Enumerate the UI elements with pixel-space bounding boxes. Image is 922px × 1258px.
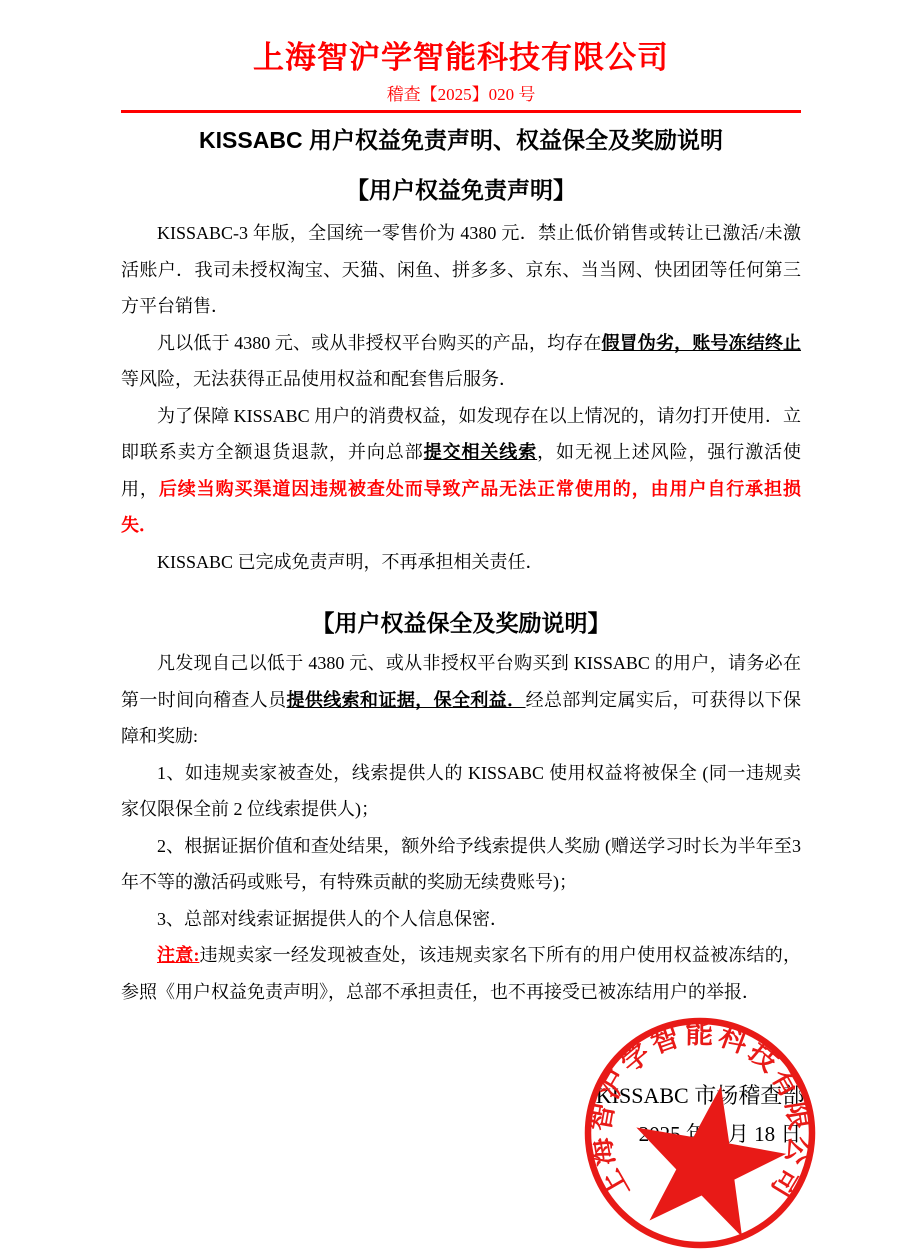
- disclaimer-paragraph-3-warning: 后续当购买渠道因违规被查处而导致产品无法正常使用的，由用户自行承担损失．: [121, 479, 801, 536]
- company-name: 上海智沪学智能科技有限公司: [121, 38, 801, 78]
- disclaimer-paragraph-2-post: 等风险，无法获得正品使用权益和配套售后服务．: [121, 369, 517, 389]
- note-label: 注意:: [157, 945, 199, 965]
- reward-paragraph-1-emphasis: 提供线索和证据，保全利益．: [287, 690, 526, 710]
- reward-list-item-1: 1、如违规卖家被查处，线索提供人的 KISSABC 使用权益将被保全 (同一违规…: [121, 755, 801, 828]
- red-divider-line: [121, 110, 801, 113]
- reward-section-heading: 【用户权益保全及奖励说明】: [121, 606, 801, 640]
- document-page: 上海智沪学智能科技有限公司 稽查【2025】020 号 KISSABC 用户权益…: [0, 0, 922, 1010]
- disclaimer-paragraph-3-emphasis: 提交相关线索: [424, 442, 538, 462]
- reward-list-item-1-text: 1、如违规卖家被查处，线索提供人的 KISSABC 使用权益将被保全 (同一违规…: [121, 763, 801, 820]
- reward-list-item-3-text: 3、总部对线索证据提供人的个人信息保密．: [157, 909, 508, 929]
- disclaimer-paragraph-2-pre: 凡以低于 4380 元、或从非授权平台购买的产品，均存在: [157, 333, 602, 353]
- note-text: 违规卖家一经发现被查处，该违规卖家名下所有的用户使用权益被冻结的，参照《用户权益…: [121, 945, 801, 1002]
- disclaimer-paragraph-1-text: KISSABC-3 年版，全国统一零售价为 4380 元．禁止低价销售或转让已激…: [121, 223, 801, 316]
- company-seal-stamp: 上海智沪学智能科技有限公司: [575, 1008, 825, 1258]
- disclaimer-paragraph-4: KISSABC 已完成免责声明，不再承担相关责任．: [121, 544, 801, 581]
- disclaimer-paragraph-1: KISSABC-3 年版，全国统一零售价为 4380 元．禁止低价销售或转让已激…: [121, 215, 801, 325]
- disclaimer-paragraph-4-text: KISSABC 已完成免责声明，不再承担相关责任．: [157, 552, 544, 572]
- reward-list-item-3: 3、总部对线索证据提供人的个人信息保密．: [121, 901, 801, 938]
- disclaimer-paragraph-2: 凡以低于 4380 元、或从非授权平台购买的产品，均存在假冒伪劣，账号冻结终止等…: [121, 325, 801, 398]
- document-title: KISSABC 用户权益免责声明、权益保全及奖励说明: [121, 123, 801, 157]
- note-paragraph: 注意:违规卖家一经发现被查处，该违规卖家名下所有的用户使用权益被冻结的，参照《用…: [121, 937, 801, 1010]
- reward-paragraph-1: 凡发现自己以低于 4380 元、或从非授权平台购买到 KISSABC 的用户，请…: [121, 645, 801, 755]
- disclaimer-paragraph-3: 为了保障 KISSABC 用户的消费权益，如发现存在以上情况的，请勿打开使用．立…: [121, 398, 801, 544]
- disclaimer-paragraph-2-emphasis: 假冒伪劣，账号冻结终止: [602, 333, 801, 353]
- document-number: 稽查【2025】020 号: [121, 84, 801, 106]
- reward-list-item-2: 2、根据证据价值和查处结果，额外给予线索提供人奖励 (赠送学习时长为半年至3年不…: [121, 828, 801, 901]
- disclaimer-section-heading: 【用户权益免责声明】: [121, 173, 801, 207]
- reward-list-item-2-text: 2、根据证据价值和查处结果，额外给予线索提供人奖励 (赠送学习时长为半年至3年不…: [121, 836, 801, 893]
